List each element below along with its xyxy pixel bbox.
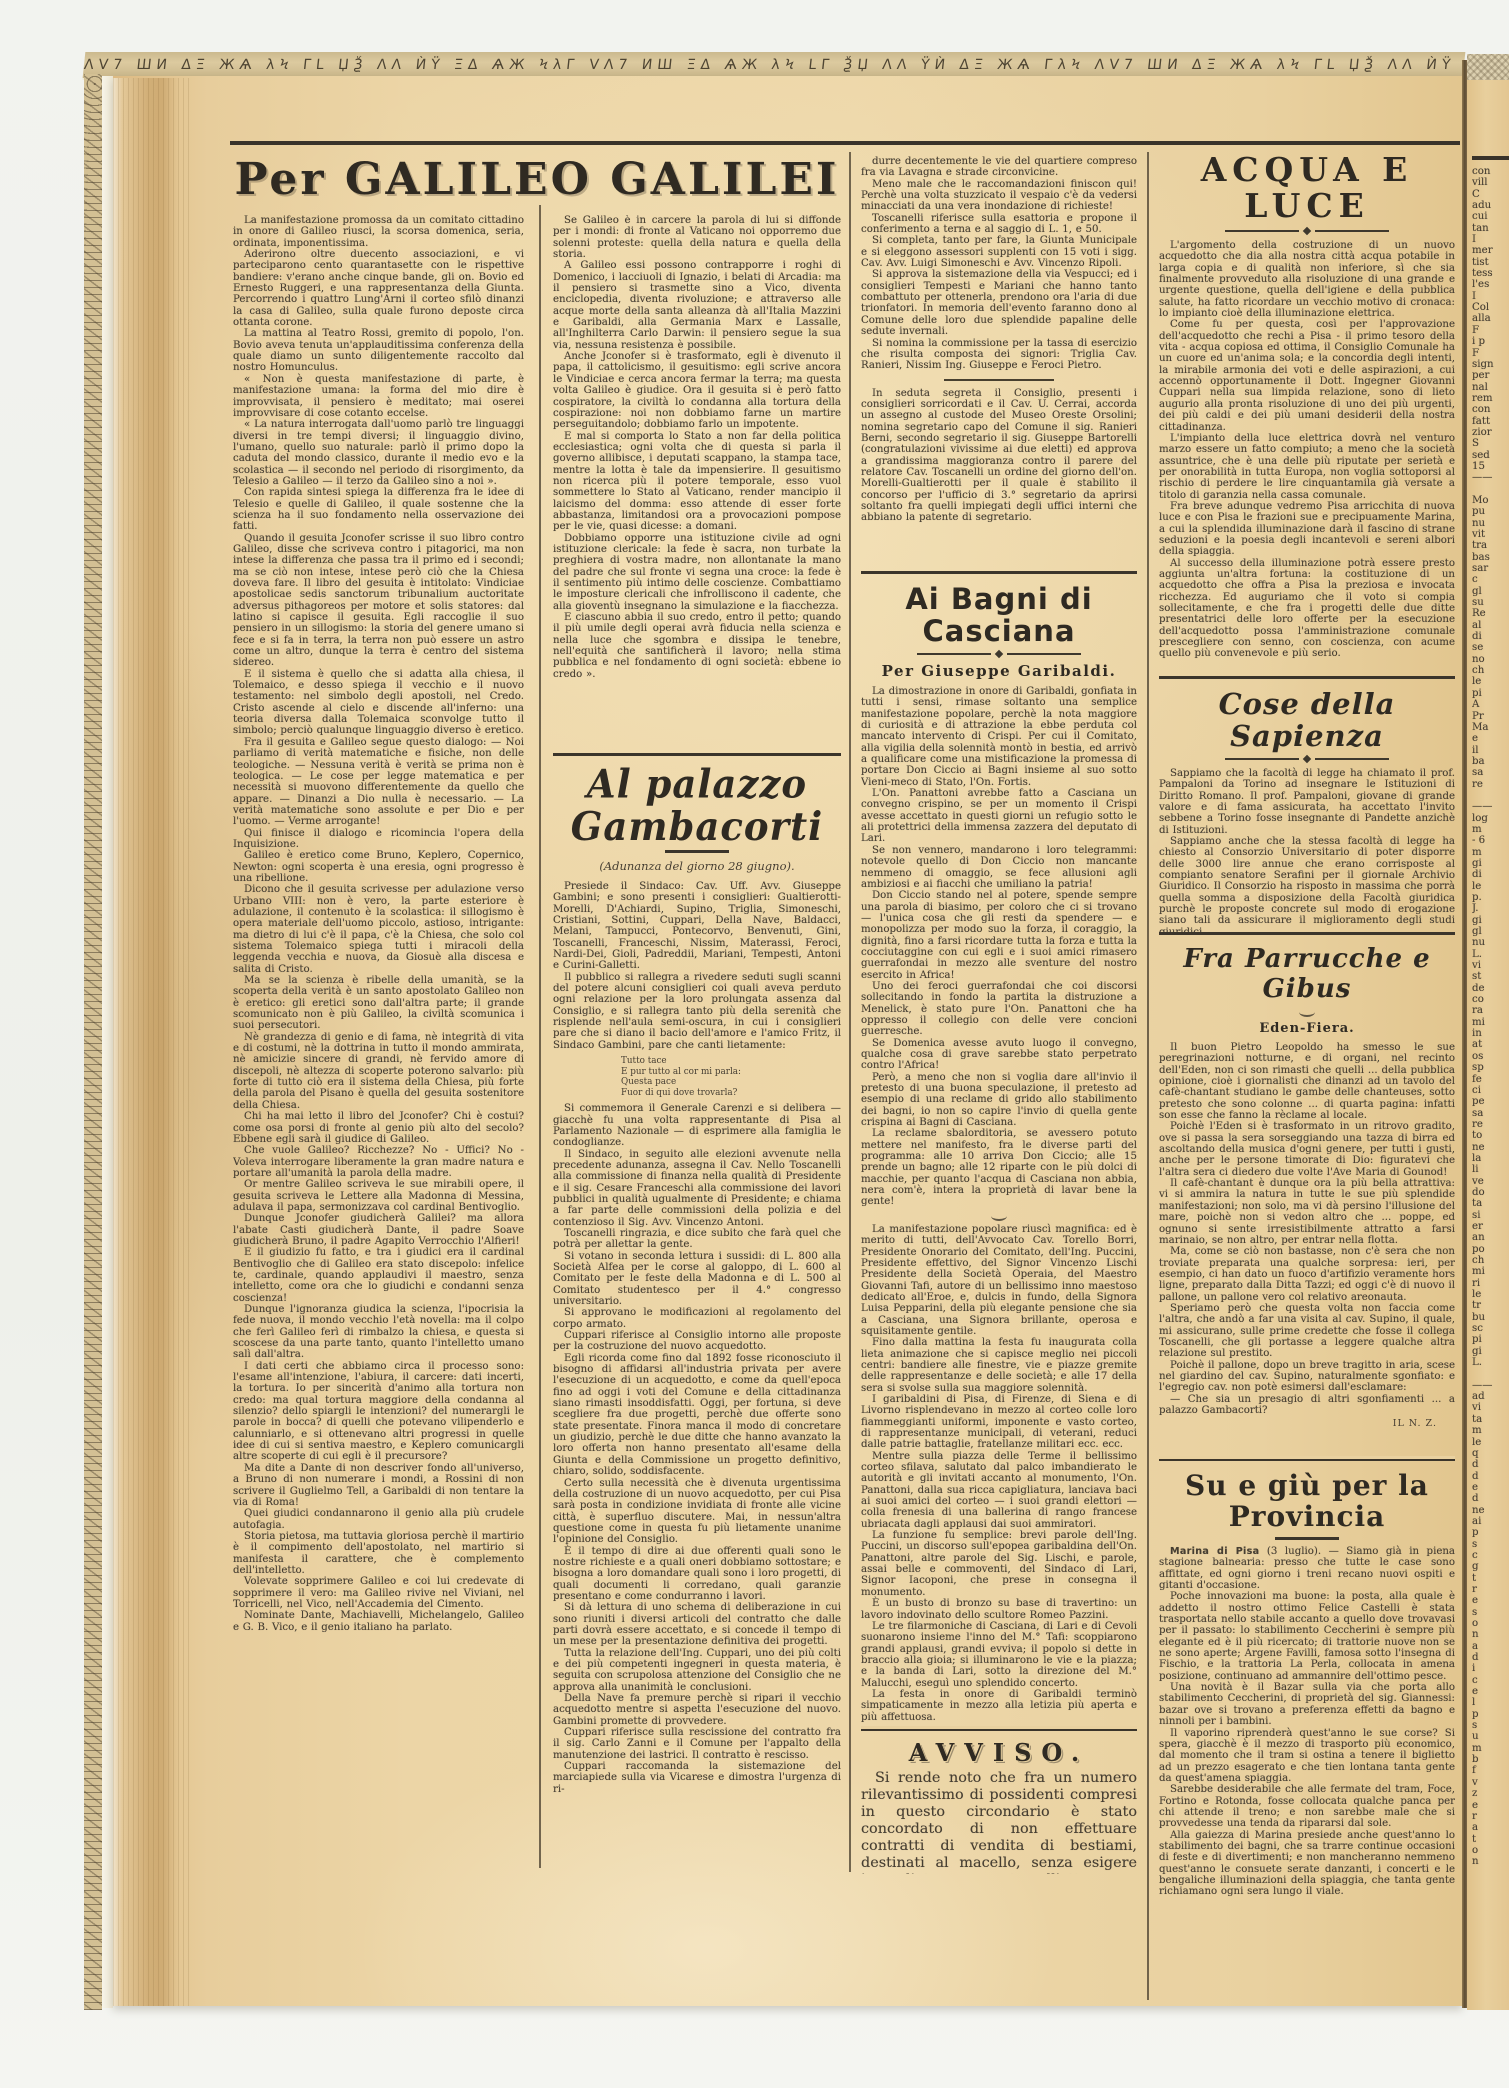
- article-paragraph: I: [1472, 234, 1509, 245]
- article-paragraph: gl: [1472, 586, 1509, 597]
- column-2-galileo-continuation: Se Galileo è in carcere la parola di lui…: [553, 215, 841, 755]
- article-paragraph: d: [1472, 1493, 1509, 1504]
- article-paragraph: le: [1472, 1289, 1509, 1300]
- article-paragraph: sp: [1472, 1062, 1509, 1073]
- article-paragraph: Sappiamo che la facoltà di legge ha chia…: [1159, 768, 1455, 836]
- article-paragraph: d: [1472, 1471, 1509, 1482]
- headline-rule: [1275, 1537, 1339, 1540]
- article-paragraph: Fra breve adunque vedremo Pisa arricchit…: [1159, 501, 1455, 558]
- notice-title: AVVISO.: [861, 1740, 1137, 1766]
- column-1-galileo-article: La manifestazione promossa da un comitat…: [233, 215, 524, 1845]
- article-paragraph: [1472, 1368, 1509, 1379]
- article-body: La manifestazione promossa da un comitat…: [233, 215, 524, 1633]
- article-paragraph: La dimostrazione in onore di Garibaldi, …: [861, 686, 1137, 788]
- article-paragraph: le: [1472, 881, 1509, 892]
- article-paragraph: Or mentre Galileo scriveva le sue mirabi…: [233, 1179, 524, 1213]
- article-paragraph: Don Ciccio stando nel al potere, spende …: [861, 890, 1137, 981]
- article-fra-parrucche-e-gibus: Fra Parrucche e Gibus Eden-Fiera. Il buo…: [1159, 932, 1455, 1456]
- article-paragraph: Dobbiamo opporre una istituzione civile …: [553, 533, 841, 612]
- article-paragraph: Sappiamo anche che la stessa facoltà di …: [1159, 836, 1455, 932]
- article-paragraph: pu: [1472, 506, 1509, 517]
- article-paragraph: E il sistema è quello che si adatta alla…: [233, 669, 524, 737]
- cropped-text-fragments: convillCaducuitanImertisttessl'esIColall…: [1472, 166, 1509, 1868]
- article-paragraph: Toscanelli riferisce sulla esattoria e p…: [861, 213, 1137, 236]
- article-paragraph: a: [1472, 1822, 1509, 1833]
- article-paragraph: e: [1472, 1800, 1509, 1811]
- decorative-rule: [1159, 228, 1455, 234]
- article-paragraph: f: [1472, 1765, 1509, 1776]
- article-body: L'argomento della costruzione di un nuov…: [1159, 240, 1455, 660]
- article-paragraph: sar: [1472, 563, 1509, 574]
- article-paragraph: Si votano in seconda lettura i sussidi: …: [553, 1251, 841, 1308]
- headline-rule: [665, 850, 729, 853]
- article-paragraph: ai: [1472, 1516, 1509, 1527]
- scanned-newspaper-page: ΛV7 ШИ ΔΞ ЖѦ λϞ ΓL ЏѮ ΛΛ ЍΫ ΞΔ ѦЖ ϞλГ VΛ…: [0, 0, 1509, 2088]
- article-paragraph: Chi ha mai letto il libro del Jconofer? …: [233, 1111, 524, 1145]
- article-paragraph: n: [1472, 1629, 1509, 1640]
- subheadline-eden-fiera: Eden-Fiera.: [1159, 1020, 1455, 1037]
- article-paragraph: ra: [1472, 1005, 1509, 1016]
- article-paragraph: al: [1472, 620, 1509, 631]
- article-paragraph: si: [1472, 1210, 1509, 1221]
- article-paragraph: A Galileo essi possono contrapporre i ro…: [553, 260, 841, 351]
- article-paragraph: Pr: [1472, 711, 1509, 722]
- article-paragraph: ch: [1472, 1255, 1509, 1266]
- article-paragraph: F: [1472, 348, 1509, 359]
- article-paragraph: Se non vennero, mandarono i loro telegra…: [861, 845, 1137, 890]
- article-body: La manifestazione popolare riuscì magnif…: [861, 1224, 1137, 1723]
- article-paragraph: I garibaldini di Pisa, di Firenze, di Si…: [861, 1394, 1137, 1451]
- article-body: Il buon Pietro Leopoldo ha smesso le sue…: [1159, 1042, 1455, 1416]
- article-paragraph: Fuor di qui dove trovarla?: [621, 1088, 841, 1099]
- article-paragraph: Dunque Jconofer giudicherà Galilei? ma a…: [233, 1213, 524, 1247]
- article-paragraph: tr: [1472, 1300, 1509, 1311]
- article-acqua-e-luce: ACQUA E LUCE L'argomento della costruzio…: [1159, 152, 1455, 676]
- article-cose-della-sapienza: Cose della Sapienza Sappiamo che la faco…: [1159, 676, 1455, 932]
- article-paragraph: Si completa, tanto per fare, la Giunta M…: [861, 235, 1137, 269]
- article-paragraph: e: [1472, 1482, 1509, 1493]
- article-paragraph: adu: [1472, 200, 1509, 211]
- article-paragraph: n: [1472, 1856, 1509, 1867]
- article-paragraph: d: [1472, 1652, 1509, 1663]
- article-paragraph: « La natura interrogata dall'uomo parlò …: [233, 419, 524, 487]
- article-paragraph: ad: [1472, 1391, 1509, 1402]
- article-dateline-paragraph: Marina di Pisa (3 luglio). — Siamo già i…: [1159, 1546, 1455, 1591]
- article-paragraph: J.: [1472, 903, 1509, 914]
- article-paragraph: con: [1472, 166, 1509, 177]
- article-paragraph: no: [1472, 654, 1509, 665]
- article-paragraph: Anche Jconofer si è trasformato, egli è …: [553, 351, 841, 430]
- headline-al-palazzo-gambacorti: Al palazzo Gambacorti: [553, 763, 841, 848]
- article-paragraph: La manifestazione promossa da un comitat…: [233, 215, 524, 249]
- article-paragraph: Con rapida sintesi spiega la differenza …: [233, 487, 524, 532]
- article-paragraph: Questa pace: [621, 1077, 841, 1088]
- fleuron-ornament: [1299, 1007, 1315, 1017]
- article-paragraph: l'es: [1472, 279, 1509, 290]
- article-paragraph: c: [1472, 1675, 1509, 1686]
- article-paragraph: t: [1472, 1834, 1509, 1845]
- article-body: durre decentemente le vie del quartiere …: [861, 156, 1137, 372]
- article-paragraph: ta: [1472, 1414, 1509, 1425]
- article-paragraph: [1472, 790, 1509, 801]
- article-paragraph: po: [1472, 1244, 1509, 1255]
- article-paragraph: Il cafè-chantant è dunque ora la più bel…: [1159, 1178, 1455, 1246]
- column-3-council-continuation: durre decentemente le vie del quartiere …: [861, 156, 1137, 571]
- article-paragraph: È il tempo di dire ai due offerenti qual…: [553, 1546, 841, 1603]
- article-paragraph: S: [1472, 438, 1509, 449]
- article-paragraph: gi: [1472, 915, 1509, 926]
- article-paragraph: Il vaporino riprenderà quest'anno le sue…: [1159, 1728, 1455, 1785]
- article-paragraph: gi: [1472, 858, 1509, 869]
- article-paragraph: tra: [1472, 540, 1509, 551]
- article-paragraph: La mattina al Teatro Rossi, gremito di p…: [233, 328, 524, 373]
- article-paragraph: Cuppari riferisce al Consiglio intorno a…: [553, 1330, 841, 1353]
- article-ai-bagni-di-casciana: Ai Bagni di Casciana Per Giuseppe Gariba…: [861, 571, 1137, 1726]
- dateline-place: Marina di Pisa: [1170, 1546, 1259, 1557]
- article-paragraph: mi: [1472, 1266, 1509, 1277]
- article-paragraph: e: [1472, 1686, 1509, 1697]
- article-paragraph: Ma, come se ciò non bastasse, non c'è se…: [1159, 1246, 1455, 1303]
- article-paragraph: vi: [1472, 960, 1509, 971]
- article-paragraph: er: [1472, 1221, 1509, 1232]
- masthead-top-rule: [230, 141, 1460, 145]
- article-paragraph: Col: [1472, 302, 1509, 313]
- article-paragraph: Nominate Dante, Machiavelli, Michelangel…: [233, 1610, 524, 1633]
- article-paragraph: Quando il gesuita Jconofer scrisse il su…: [233, 533, 524, 669]
- binding-edge-pattern-top: ΛV7 ШИ ΔΞ ЖѦ λϞ ΓL ЏѮ ΛΛ ЍΫ ΞΔ ѦЖ ϞλГ VΛ…: [83, 52, 1466, 78]
- headline-fra-parrucche-e-gibus: Fra Parrucche e Gibus: [1159, 944, 1455, 1004]
- subheadline-per-giuseppe-garibaldi: Per Giuseppe Garibaldi.: [861, 663, 1137, 680]
- article-paragraph: Una novità è il Bazar sulla via che port…: [1159, 1682, 1455, 1727]
- article-paragraph: Storia pietosa, ma tuttavia gloriosa per…: [233, 1531, 524, 1576]
- article-su-e-giu-per-la-provincia: Su e giù per la Provincia Marina di Pisa…: [1159, 1456, 1455, 2000]
- article-paragraph: cui: [1472, 211, 1509, 222]
- article-paragraph: sign: [1472, 359, 1509, 370]
- fleuron-ornament: [991, 1211, 1007, 1221]
- article-paragraph: Poichè il pallone, dopo un breve tragitt…: [1159, 1360, 1455, 1394]
- article-paragraph: e: [1472, 733, 1509, 744]
- article-paragraph: Tutto tace: [621, 1056, 841, 1067]
- article-paragraph: Toscanelli ringrazia, e dice subito che …: [553, 1228, 841, 1251]
- article-paragraph: Il pubblico si rallegra a rivedere sedut…: [553, 972, 841, 1051]
- article-paragraph: E pur tutto al cor mi parla:: [621, 1067, 841, 1078]
- article-paragraph: ci: [1472, 1085, 1509, 1096]
- article-paragraph: Egli ricorda come fino dal 1892 fosse ri…: [553, 1353, 841, 1478]
- article-paragraph: L'On. Panattoni avrebbe fatto a Casciana…: [861, 788, 1137, 845]
- article-paragraph: ba: [1472, 756, 1509, 767]
- article-paragraph: Si nomina la commissione per la tassa di…: [861, 338, 1137, 372]
- article-paragraph: m: [1472, 1743, 1509, 1754]
- article-paragraph: s: [1472, 1539, 1509, 1550]
- article-paragraph: Però, a meno che non si voglia dare all'…: [861, 1072, 1137, 1129]
- article-paragraph: rem: [1472, 393, 1509, 404]
- section-rule: [861, 1726, 1137, 1731]
- article-paragraph: durre decentemente le vie del quartiere …: [861, 156, 1137, 179]
- article-paragraph: Se Galileo è in carcere la parola di lui…: [553, 215, 841, 260]
- article-paragraph: 15: [1472, 461, 1509, 472]
- article-paragraph: ch: [1472, 665, 1509, 676]
- article-paragraph: Re: [1472, 608, 1509, 619]
- article-paragraph: Cuppari raccomanda la sistemazione del m…: [553, 1761, 841, 1795]
- article-paragraph: Certo sulla necessità che è divenuta urg…: [553, 1478, 841, 1546]
- article-paragraph: r: [1472, 1584, 1509, 1595]
- section-rule: [553, 753, 841, 756]
- article-paragraph: re: [1472, 779, 1509, 790]
- article-paragraph: c: [1472, 1550, 1509, 1561]
- article-paragraph: Dunque l'ignoranza giudica la scienza, l…: [233, 1304, 524, 1361]
- article-paragraph: il: [1472, 745, 1509, 756]
- article-paragraph: vi: [1472, 1402, 1509, 1413]
- article-paragraph: di: [1472, 631, 1509, 642]
- article-paragraph: Si commemora il Generale Carenzi e si de…: [553, 1103, 841, 1148]
- notice-body: Si rende noto che fra un numero rilevant…: [861, 1770, 1137, 1874]
- article-paragraph: s: [1472, 1607, 1509, 1618]
- article-paragraph: Uno dei feroci guerrafondai che coi disc…: [861, 981, 1137, 1038]
- page-edge-white-strip: [102, 76, 113, 2008]
- article-paragraph: ——: [1472, 801, 1509, 812]
- article-paragraph: ——: [1472, 472, 1509, 483]
- article-paragraph: Fra il gesuita e Galileo segue questo di…: [233, 737, 524, 828]
- article-paragraph: q: [1472, 1448, 1509, 1459]
- article-paragraph: l: [1472, 1697, 1509, 1708]
- article-paragraph: fe: [1472, 1074, 1509, 1085]
- article-paragraph: Se Domenica avesse avuto luogo il conveg…: [861, 1038, 1137, 1072]
- article-paragraph: Al successo della illuminazione potrà es…: [1159, 558, 1455, 660]
- article-paragraph: sa: [1472, 767, 1509, 778]
- article-paragraph: Della Nave fa premure perchè si ripari i…: [553, 1693, 841, 1727]
- article-paragraph: p.: [1472, 892, 1509, 903]
- article-paragraph: to: [1472, 1130, 1509, 1141]
- article-paragraph: Tutta la relazione dell'Ing. Cuppari, un…: [553, 1648, 841, 1693]
- article-paragraph: tist: [1472, 257, 1509, 268]
- article-paragraph: os: [1472, 1051, 1509, 1062]
- article-paragraph: sa: [1472, 1108, 1509, 1119]
- article-paragraph: Galileo è eretico come Bruno, Keplero, C…: [233, 850, 524, 884]
- article-paragraph: t: [1472, 1573, 1509, 1584]
- article-paragraph: li: [1472, 1164, 1509, 1175]
- article-paragraph: zior: [1472, 427, 1509, 438]
- article-paragraph: u: [1472, 1731, 1509, 1742]
- article-paragraph: E il giudizio fu fatto, e tra i giudici …: [233, 1247, 524, 1304]
- article-body: Sappiamo che la facoltà di legge ha chia…: [1159, 768, 1455, 932]
- article-paragraph: ri: [1472, 1278, 1509, 1289]
- binding-edge-pattern-left: [84, 74, 102, 2010]
- notice-avviso: AVVISO. Si rende noto che fra un numero …: [861, 1726, 1137, 1874]
- article-paragraph: nu: [1472, 937, 1509, 948]
- article-paragraph: Mo: [1472, 495, 1509, 506]
- article-paragraph: alla: [1472, 313, 1509, 324]
- column-divider-1: [539, 205, 541, 1868]
- article-paragraph: Che vuole Galileo? Ricchezze? No - Uffic…: [233, 1145, 524, 1179]
- article-body: Se Galileo è in carcere la parola di lui…: [553, 215, 841, 680]
- article-paragraph: Qui finisce il dialogo e ricomincia l'op…: [233, 828, 524, 851]
- article-paragraph: L.: [1472, 949, 1509, 960]
- article-paragraph: p: [1472, 1709, 1509, 1720]
- article-paragraph: La reclame sbalorditoria, se avessero po…: [861, 1128, 1137, 1207]
- article-paragraph: Quei giudici condannarono il genio alla …: [233, 1508, 524, 1531]
- article-paragraph: L'impianto della luce elettrica dovrà ne…: [1159, 433, 1455, 501]
- article-paragraph: La festa in onore di Garibaldi terminò s…: [861, 1689, 1137, 1723]
- article-paragraph: Le tre filarmoniche di Casciana, di Lari…: [861, 1621, 1137, 1689]
- article-paragraph: Nè grandezza di genio e di fama, nè inte…: [233, 1032, 524, 1111]
- article-paragraph: Poche innovazioni ma buone: la posta, al…: [1159, 1591, 1455, 1682]
- article-paragraph: pi: [1472, 1334, 1509, 1345]
- article-paragraph: Aderirono oltre duecento associazioni, e…: [233, 249, 524, 328]
- cropped-adjacent-column: convillCaducuitanImertisttessl'esIColall…: [1472, 156, 1509, 2000]
- binding-pattern-glyphs: ΛV7 ШИ ΔΞ ЖѦ λϞ ΓL ЏѮ ΛΛ ЍΫ ΞΔ ѦЖ ϞλГ VΛ…: [83, 57, 1465, 73]
- article-paragraph: Ma dite a Dante di non descriver fondo a…: [233, 1463, 524, 1508]
- headline-ai-bagni-di-casciana: Ai Bagni di Casciana: [861, 583, 1137, 647]
- article-paragraph: Si approvano le modificazioni al regolam…: [553, 1307, 841, 1330]
- article-paragraph: Speriamo però che questa volta non facci…: [1159, 1303, 1455, 1360]
- article-paragraph: ——: [1472, 1380, 1509, 1391]
- article-paragraph: pi: [1472, 688, 1509, 699]
- article-paragraph: de: [1472, 983, 1509, 994]
- article-paragraph: do: [1472, 1187, 1509, 1198]
- article-paragraph: ta: [1472, 1198, 1509, 1209]
- article-paragraph: L'argomento della costruzione di un nuov…: [1159, 240, 1455, 319]
- article-paragraph: gl: [1472, 926, 1509, 937]
- article-paragraph: la: [1472, 1153, 1509, 1164]
- article-paragraph: La funzione fu semplice: brevi parole de…: [861, 1530, 1137, 1598]
- article-body: Presiede il Sindaco: Cav. Uff. Avv. Gius…: [553, 881, 841, 1051]
- article-paragraph: Si approva la sistemazione della via Ves…: [861, 269, 1137, 337]
- article-paragraph: E mal si comporta lo Stato a non far del…: [553, 431, 841, 533]
- article-paragraph: bas: [1472, 552, 1509, 563]
- section-rule: [1159, 676, 1455, 679]
- article-al-palazzo-gambacorti: Al palazzo Gambacorti (Adunanza del gior…: [553, 753, 841, 1870]
- article-paragraph: [1472, 484, 1509, 495]
- article-paragraph: r: [1472, 1811, 1509, 1822]
- article-paragraph: Sarebbe desiderabile che alle fermate de…: [1159, 1784, 1455, 1829]
- article-paragraph: o: [1472, 1618, 1509, 1629]
- article-paragraph: b: [1472, 1754, 1509, 1765]
- headline-cose-della-sapienza: Cose della Sapienza: [1159, 688, 1455, 752]
- article-paragraph: log: [1472, 813, 1509, 824]
- session-dateline: (Adunanza del giorno 28 giugno).: [553, 859, 841, 873]
- article-paragraph: L.: [1472, 1357, 1509, 1368]
- column-divider-3: [1147, 152, 1149, 2000]
- article-paragraph: Meno male che le raccomandazioni finisco…: [861, 179, 1137, 213]
- article-paragraph: le: [1472, 1437, 1509, 1448]
- article-paragraph: s: [1472, 1720, 1509, 1731]
- article-paragraph: m: [1472, 1425, 1509, 1436]
- binding-mesh-corner: [1467, 54, 1509, 80]
- article-paragraph: an: [1472, 1232, 1509, 1243]
- verse-quote: Tutto taceE pur tutto al cor mi parla:Qu…: [621, 1056, 841, 1098]
- decorative-rule: [1159, 756, 1455, 762]
- article-paragraph: I: [1472, 291, 1509, 302]
- article-paragraph: o: [1472, 1845, 1509, 1856]
- article-paragraph: A: [1472, 699, 1509, 710]
- article-paragraph: di: [1472, 869, 1509, 880]
- article-paragraph: Ma: [1472, 722, 1509, 733]
- article-paragraph: tan: [1472, 223, 1509, 234]
- article-paragraph: sc: [1472, 1323, 1509, 1334]
- article-paragraph: gi: [1472, 1346, 1509, 1357]
- article-paragraph: se: [1472, 642, 1509, 653]
- article-paragraph: g: [1472, 1561, 1509, 1572]
- article-paragraph: Presiede il Sindaco: Cav. Uff. Avv. Gius…: [553, 881, 841, 972]
- section-rule: [1159, 1456, 1455, 1461]
- decorative-rule: [861, 651, 1137, 657]
- article-paragraph: le: [1472, 676, 1509, 687]
- article-paragraph: z: [1472, 1788, 1509, 1799]
- article-paragraph: Il Sindaco, in seguito alle elezioni avv…: [553, 1149, 841, 1228]
- article-paragraph: — Che sia un presagio di altri sgonfiame…: [1159, 1394, 1455, 1417]
- article-paragraph: Cuppari riferisce sulla rescissione del …: [553, 1727, 841, 1761]
- article-paragraph: Come fu per questa, così per l'approvazi…: [1159, 319, 1455, 432]
- article-paragraph: Poichè l'Eden si è trasformato in un rit…: [1159, 1121, 1455, 1178]
- article-body: In seduta segreta il Consiglio, presenti…: [861, 388, 1137, 524]
- article-paragraph: E ciascuno abbia il suo credo, entro il …: [553, 612, 841, 680]
- article-paragraph: vit: [1472, 529, 1509, 540]
- article-paragraph: vill: [1472, 177, 1509, 188]
- article-paragraph: nal: [1472, 382, 1509, 393]
- article-paragraph: F: [1472, 325, 1509, 336]
- article-paragraph: pe: [1472, 1096, 1509, 1107]
- article-paragraph: C: [1472, 189, 1509, 200]
- article-paragraph: mi: [1472, 1017, 1509, 1028]
- article-paragraph: ve: [1472, 1176, 1509, 1187]
- article-paragraph: d: [1472, 1459, 1509, 1470]
- article-paragraph: st: [1472, 971, 1509, 982]
- article-paragraph: re: [1472, 1119, 1509, 1130]
- article-paragraph: mer: [1472, 245, 1509, 256]
- article-paragraph: Il buon Pietro Leopoldo ha smesso le sue…: [1159, 1042, 1455, 1121]
- article-paragraph: In seduta segreta il Consiglio, presenti…: [861, 388, 1137, 524]
- article-paragraph: Si dà lettura di uno schema di deliberaz…: [553, 1602, 841, 1647]
- article-paragraph: su: [1472, 597, 1509, 608]
- headline-acqua-e-luce: ACQUA E LUCE: [1159, 152, 1455, 224]
- author-initials: IL N. Z.: [1159, 1418, 1455, 1429]
- article-paragraph: at: [1472, 1039, 1509, 1050]
- article-paragraph: ne: [1472, 1505, 1509, 1516]
- article-paragraph: con: [1472, 404, 1509, 415]
- article-paragraph: Dicono che il gesuita scrivesse per adul…: [233, 884, 524, 975]
- headline-per-galileo-galilei: Per GALILEO GALILEI: [233, 158, 841, 202]
- article-paragraph: ne: [1472, 1142, 1509, 1153]
- article-paragraph: m: [1472, 847, 1509, 858]
- article-paragraph: in: [1472, 1028, 1509, 1039]
- article-paragraph: sed: [1472, 450, 1509, 461]
- article-paragraph: È un busto di bronzo su base di traverti…: [861, 1598, 1137, 1621]
- article-paragraph: i p: [1472, 336, 1509, 347]
- article-body: La dimostrazione in onore di Garibaldi, …: [861, 686, 1137, 1208]
- article-paragraph: La manifestazione popolare riuscì magnif…: [861, 1224, 1137, 1337]
- article-paragraph: m: [1472, 824, 1509, 835]
- article-paragraph: a: [1472, 1641, 1509, 1652]
- column-divider-2: [849, 152, 851, 1872]
- article-paragraph: nu: [1472, 518, 1509, 529]
- article-paragraph: I dati certi che abbiamo circa il proces…: [233, 1361, 524, 1463]
- article-paragraph: fatt: [1472, 416, 1509, 427]
- article-paragraph: Fino dalla mattina la festa fu inaugurat…: [861, 1337, 1137, 1394]
- article-paragraph: Volevate sopprimere Galileo e coi lui cr…: [233, 1576, 524, 1610]
- headline-su-e-giu-per-la-provincia: Su e giù per la Provincia: [1159, 1470, 1455, 1532]
- article-paragraph: « Non è questa manifestazione di parte, …: [233, 374, 524, 419]
- article-paragraph: per: [1472, 370, 1509, 381]
- article-paragraph: - 6: [1472, 835, 1509, 846]
- article-paragraph: Alla gaiezza di Marina presiede anche qu…: [1159, 1830, 1455, 1898]
- article-paragraph: Ma se la scienza è ribelle della umanità…: [233, 975, 524, 1032]
- paragraph-separator-rule: [944, 379, 1054, 381]
- article-paragraph: v: [1472, 1777, 1509, 1788]
- article-paragraph: p: [1472, 1527, 1509, 1538]
- article-paragraph: co: [1472, 994, 1509, 1005]
- article-paragraph: tess: [1472, 268, 1509, 279]
- article-body: Si commemora il Generale Carenzi e si de…: [553, 1103, 841, 1795]
